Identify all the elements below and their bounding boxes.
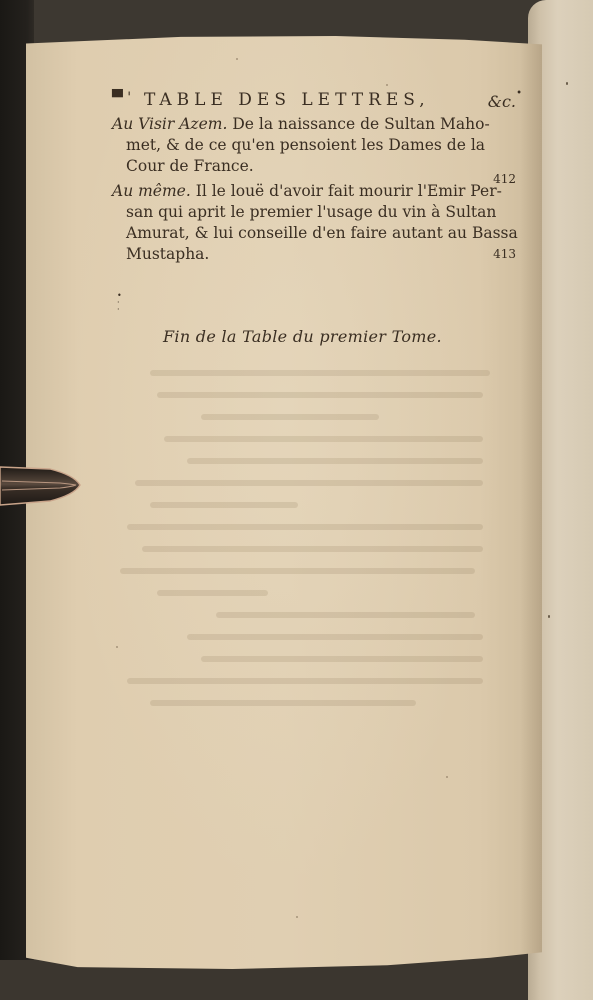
toc-entry: Au même. Il le louë d'avoir fait mourir … xyxy=(112,181,516,265)
running-head-etc: &c. xyxy=(488,90,516,114)
table-of-letters: ▀ ' TABLE DES LETTRES, &c. • Au Visir Az… xyxy=(112,88,516,265)
entry-line: De la naissance de Sultan Maho- xyxy=(232,115,489,133)
entry-line: met, & de ce qu'en pensoient les Dames d… xyxy=(112,135,516,156)
page-number: 413 xyxy=(493,247,516,261)
entry-line: Il le louë d'avoir fait mourir l'Emir Pe… xyxy=(196,182,502,200)
ink-dot: • xyxy=(516,82,522,106)
toc-entry: Au Visir Azem. De la naissance de Sultan… xyxy=(112,114,516,177)
entry-recipient: Au même. xyxy=(112,182,191,200)
ornament-mark: ▀ ' xyxy=(112,86,131,110)
margin-marks: •·· xyxy=(117,292,121,313)
entry-line: Amurat, & lui conseille d'en faire autan… xyxy=(112,223,516,244)
metal-clip-icon xyxy=(0,461,82,511)
entry-line: Cour de France. xyxy=(112,156,516,177)
bleed-through-text xyxy=(120,370,490,670)
entry-line: san qui aprit le premier l'usage du vin … xyxy=(112,202,516,223)
entry-line: Mustapha. xyxy=(112,244,516,265)
gutter-shadow xyxy=(520,36,542,969)
running-head-title: TABLE DES LETTRES, xyxy=(144,88,430,112)
closing-line: Fin de la Table du premier Tome. xyxy=(163,327,442,346)
entry-recipient: Au Visir Azem. xyxy=(112,115,227,133)
running-head: ▀ ' TABLE DES LETTRES, &c. • xyxy=(112,88,516,112)
